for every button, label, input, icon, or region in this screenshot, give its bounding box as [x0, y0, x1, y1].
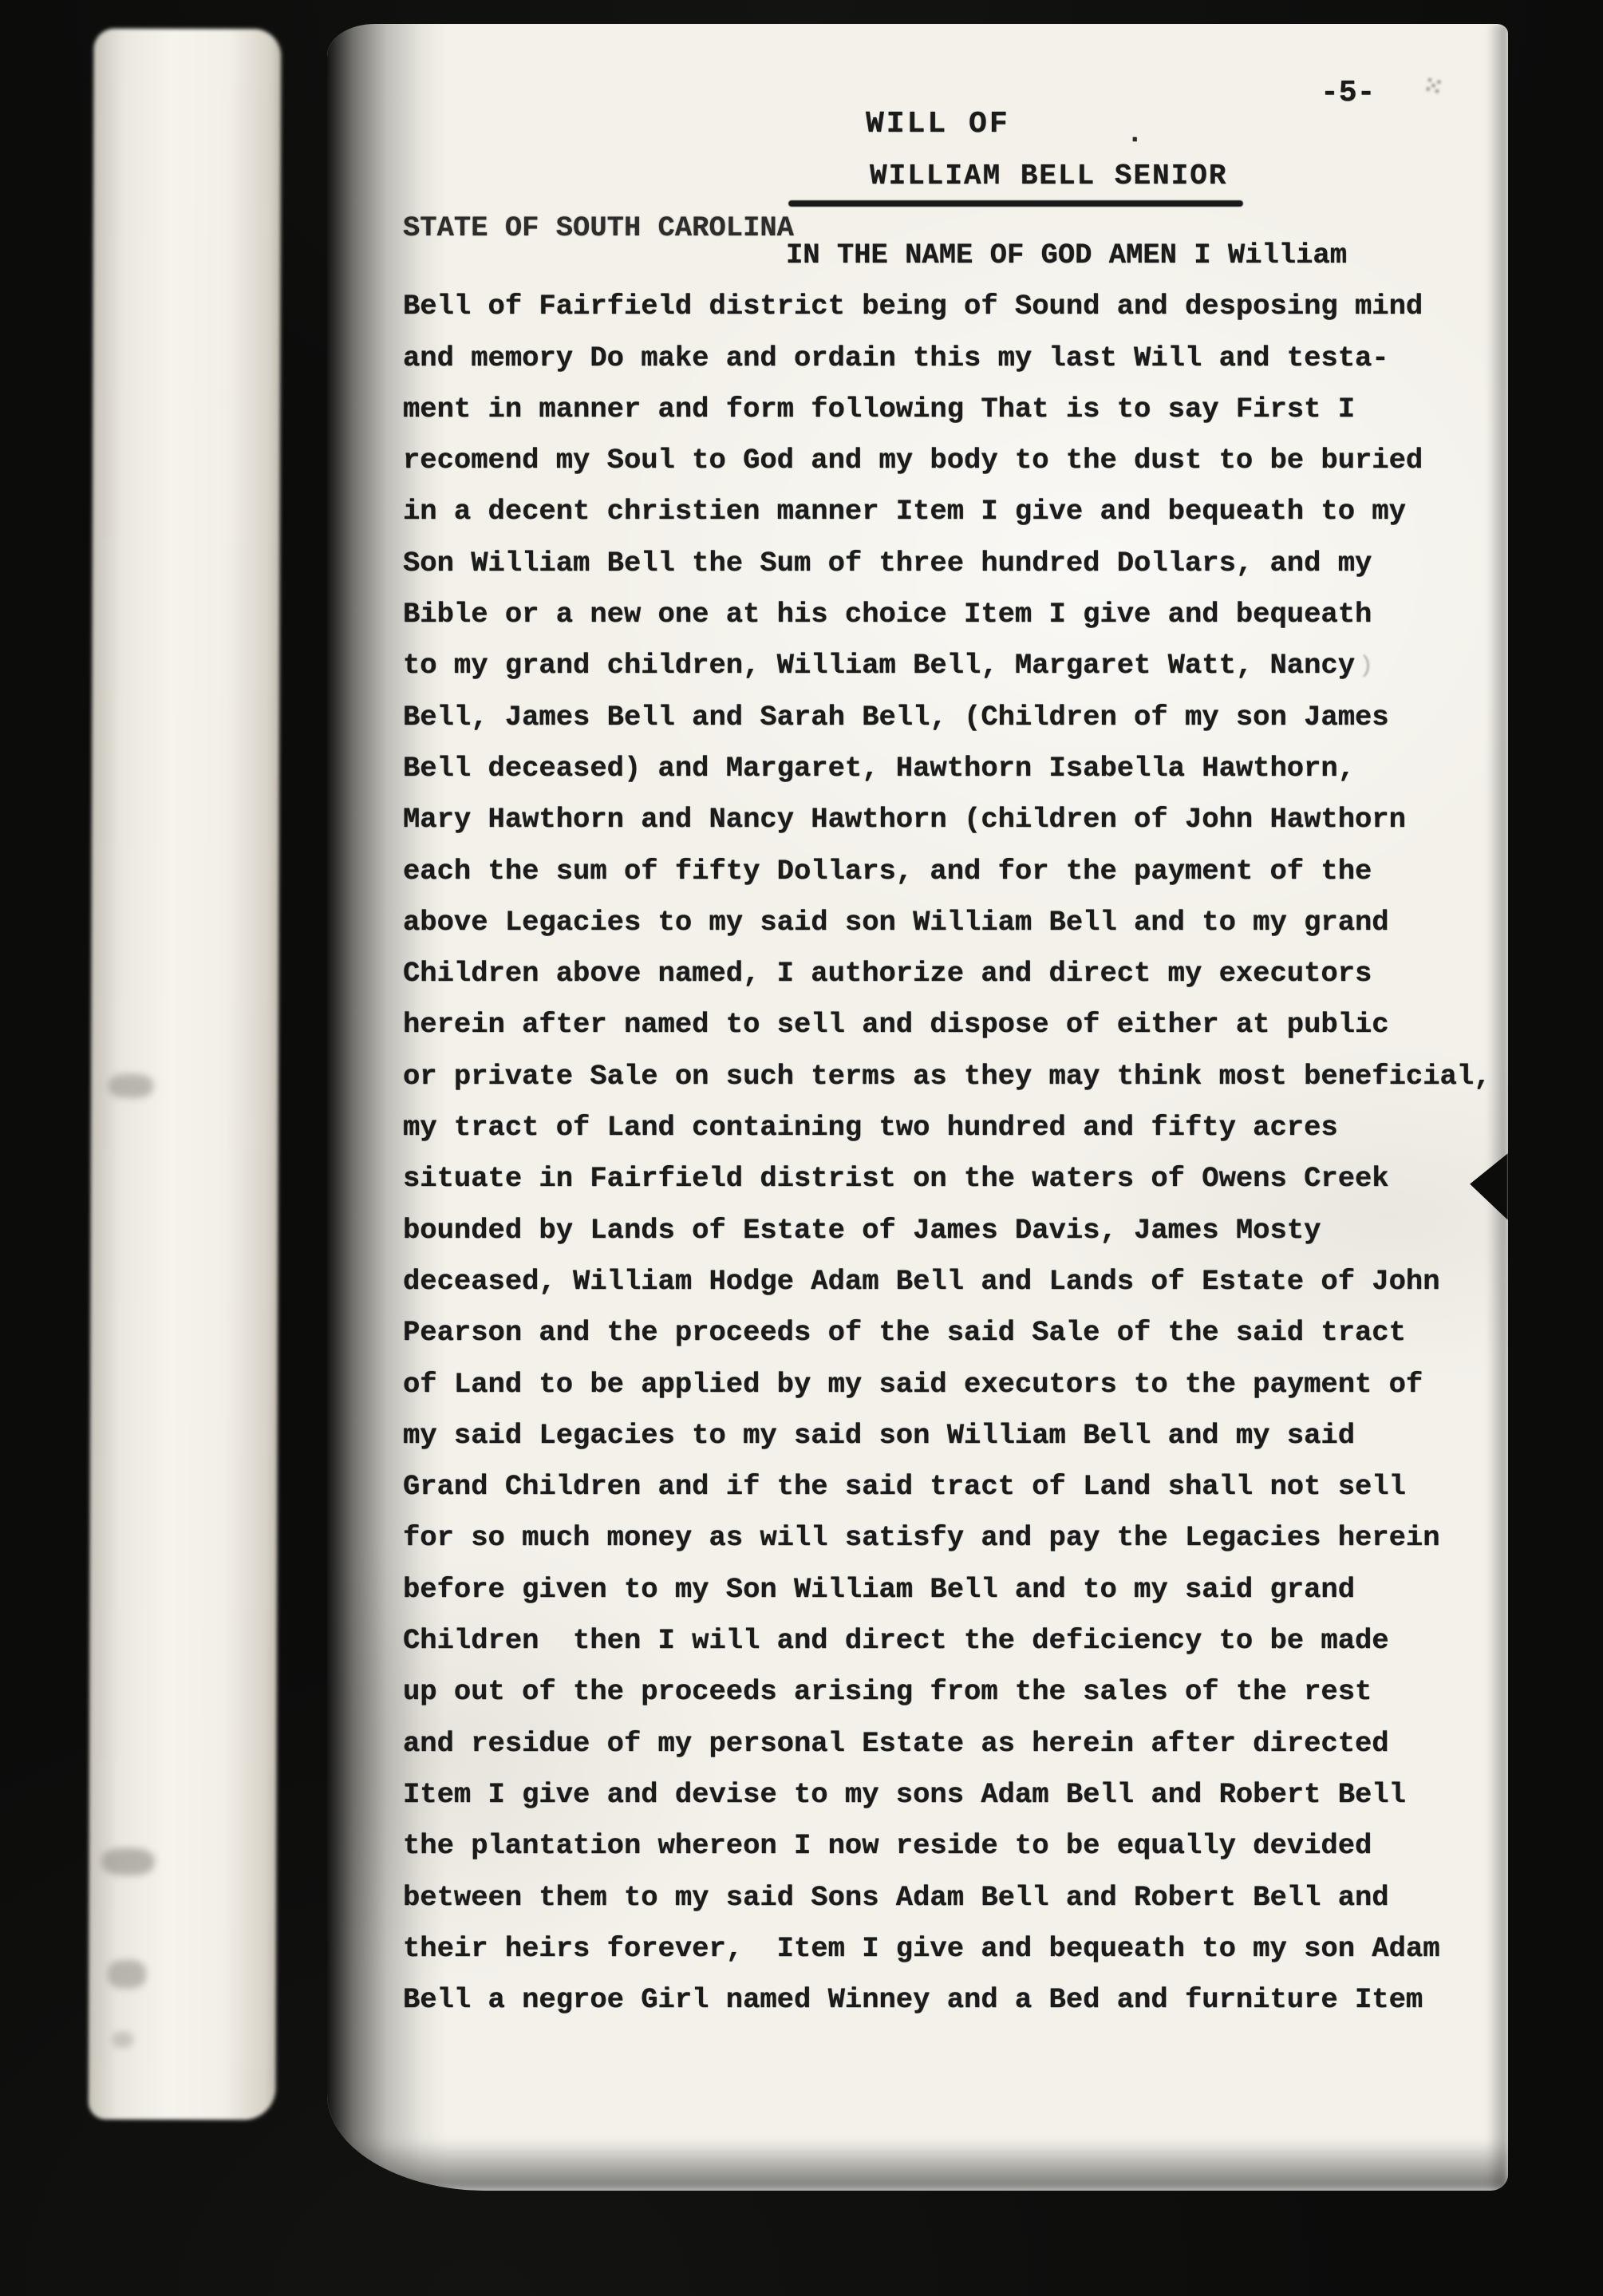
text-line: Pearson and the proceeds of the said Sal…	[403, 1307, 1508, 1358]
ink-smudge: ⁙	[1419, 71, 1453, 108]
scanned-book-photo: { "page": { "page_number": "-5-", "headi…	[0, 0, 1603, 2296]
bleedthrough-smudge	[108, 1960, 146, 1989]
text-line: between them to my said Sons Adam Bell a…	[403, 1872, 1508, 1923]
text-line: Children then I will and direct the defi…	[403, 1615, 1508, 1666]
text-line: recomend my Soul to God and my body to t…	[403, 435, 1508, 486]
title-underline	[788, 200, 1243, 207]
text-line: and memory Do make and ordain this my la…	[403, 333, 1508, 384]
text-line: bounded by Lands of Estate of James Davi…	[403, 1205, 1508, 1256]
bottom-edge-shadow	[327, 2135, 1508, 2191]
faint-mark: )	[1359, 653, 1373, 680]
document-subtitle: WILLIAM BELL SENIOR	[870, 160, 1227, 192]
page-number: -5-	[1321, 76, 1375, 110]
text-line: of Land to be applied by my said executo…	[403, 1359, 1508, 1410]
text-line: Bell, James Bell and Sarah Bell, (Childr…	[403, 692, 1508, 743]
document-title: WILL OF	[866, 107, 1010, 141]
will-body-text: IN THE NAME OF GOD AMEN I WilliamBell of…	[403, 230, 1508, 2025]
text-line: up out of the proceeds arising from the …	[403, 1666, 1508, 1717]
text-line: deceased, William Hodge Adam Bell and La…	[403, 1256, 1508, 1307]
will-document-page: -5- ⁙ WILL OF . WILLIAM BELL SENIOR STAT…	[327, 24, 1508, 2191]
text-line: to my grand children, William Bell, Marg…	[403, 640, 1508, 691]
bleedthrough-smudge	[109, 1074, 153, 1098]
text-line: Bell a negroe Girl named Winney and a Be…	[403, 1974, 1508, 2025]
text-line: situate in Fairfield distrist on the wat…	[403, 1153, 1508, 1204]
bleedthrough-smudge	[101, 1848, 154, 1875]
text-line: herein after named to sell and dispose o…	[403, 999, 1508, 1050]
text-line: the plantation whereon I now reside to b…	[403, 1820, 1508, 1871]
text-line: above Legacies to my said son William Be…	[403, 897, 1508, 948]
text-line: Grand Children and if the said tract of …	[403, 1461, 1508, 1512]
previous-page-edge	[89, 29, 282, 2120]
bleedthrough-smudge	[113, 2032, 133, 2048]
text-line: Item I give and devise to my sons Adam B…	[403, 1769, 1508, 1820]
text-line: my said Legacies to my said son William …	[403, 1410, 1508, 1461]
text-line: Son William Bell the Sum of three hundre…	[403, 538, 1508, 589]
text-line: ment in manner and form following That i…	[403, 384, 1508, 435]
text-line: before given to my Son William Bell and …	[403, 1564, 1508, 1615]
text-line: Bell deceased) and Margaret, Hawthorn Is…	[403, 743, 1508, 794]
text-line: and residue of my personal Estate as her…	[403, 1718, 1508, 1769]
text-line: Mary Hawthorn and Nancy Hawthorn (childr…	[403, 794, 1508, 845]
text-line: in a decent christien manner Item I give…	[403, 486, 1508, 537]
text-line: Bible or a new one at his choice Item I …	[403, 589, 1508, 640]
text-line: Children above named, I authorize and di…	[403, 948, 1508, 999]
text-line: their heirs forever, Item I give and beq…	[403, 1923, 1508, 1974]
text-line: IN THE NAME OF GOD AMEN I William	[403, 230, 1508, 281]
text-line: Bell of Fairfield district being of Soun…	[403, 281, 1508, 332]
ink-dot: .	[1127, 120, 1143, 150]
text-line: or private Sale on such terms as they ma…	[403, 1051, 1508, 1102]
text-line: for so much money as will satisfy and pa…	[403, 1512, 1508, 1563]
text-line: my tract of Land containing two hundred …	[403, 1102, 1508, 1153]
text-line: each the sum of fifty Dollars, and for t…	[403, 846, 1508, 897]
